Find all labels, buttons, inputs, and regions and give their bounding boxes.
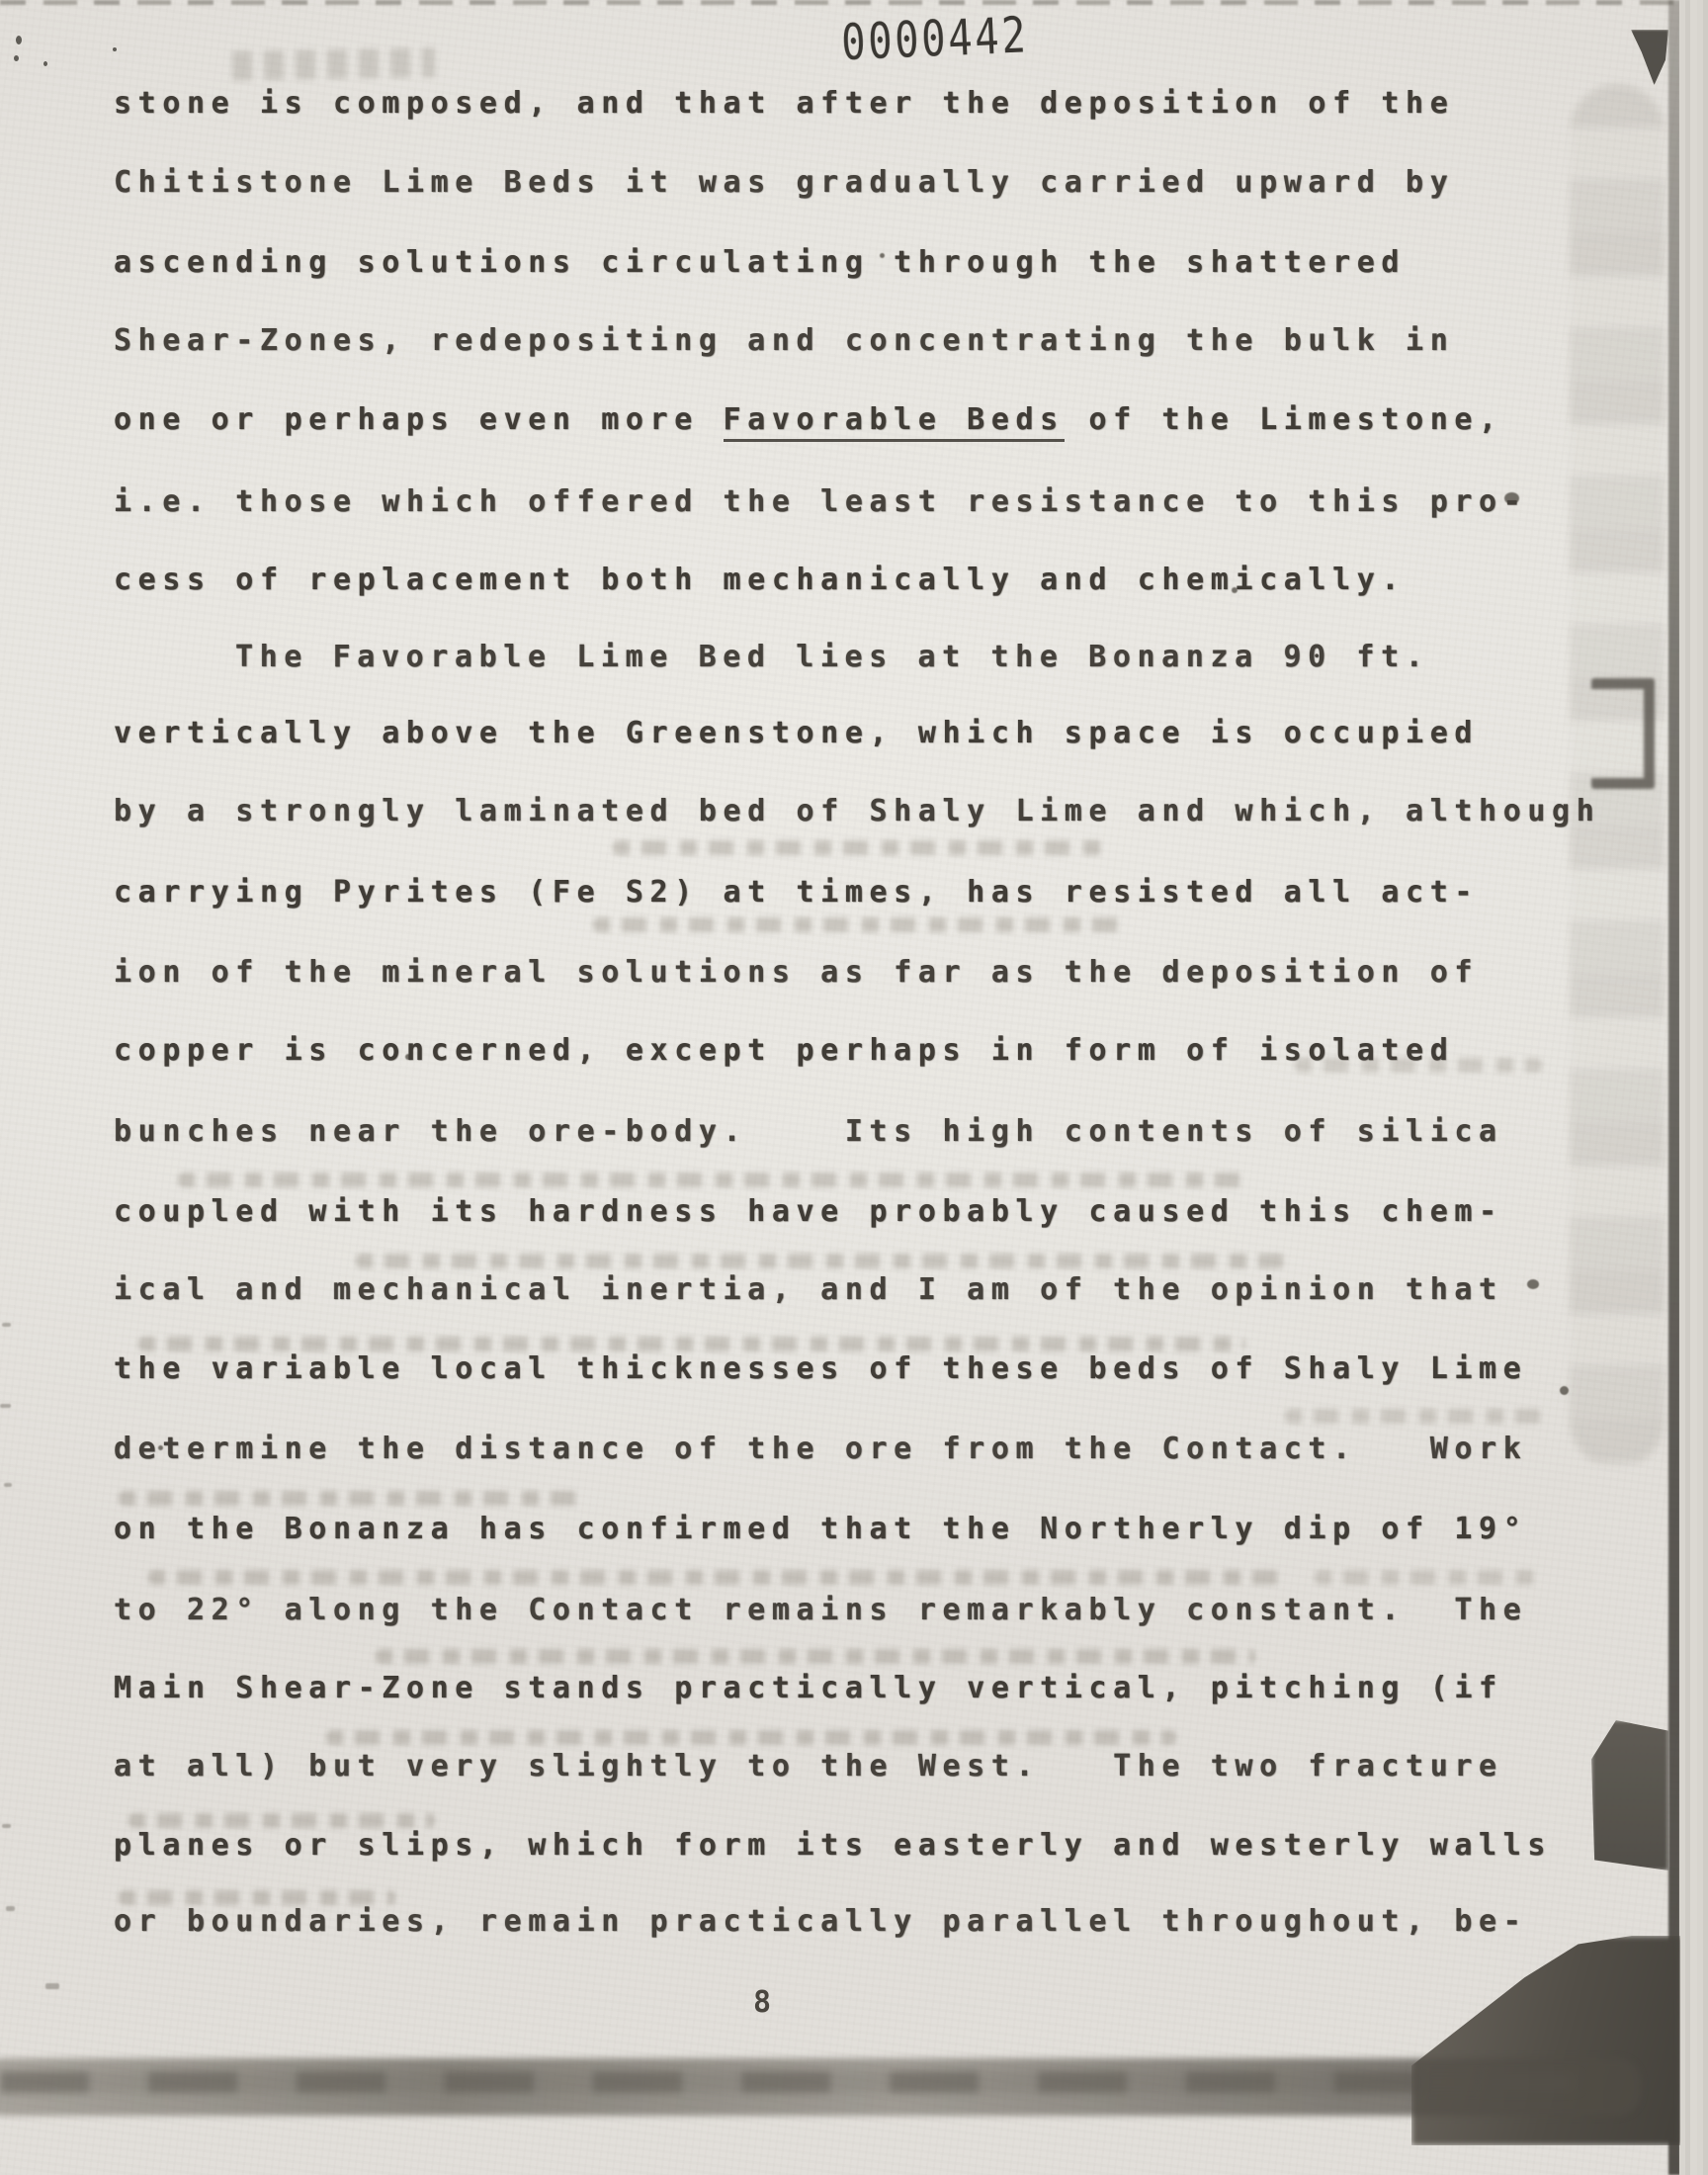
- typed-line: ion of the mineral solutions as far as t…: [114, 958, 1479, 988]
- typed-segment: of the Limestone,: [1065, 402, 1503, 437]
- underlined-phrase: Favorable Beds: [724, 402, 1065, 442]
- typed-line: coupled with its hardness have probably …: [114, 1197, 1503, 1227]
- typed-line: to 22° along the Contact remains remarka…: [114, 1596, 1527, 1625]
- typed-line: on the Bonanza has confirmed that the No…: [114, 1515, 1527, 1544]
- typed-line: cess of replacement both mechanically an…: [114, 565, 1406, 595]
- typed-line: Chitistone Lime Beds it was gradually ca…: [114, 168, 1454, 198]
- typed-line-paragraph-start: The Favorable Lime Bed lies at the Bonan…: [235, 643, 1429, 672]
- typed-line: by a strongly laminated bed of Shaly Lim…: [114, 797, 1600, 826]
- typed-line: ascending solutions circulating through …: [114, 248, 1406, 278]
- typed-line: one or perhaps even more Favorable Beds …: [114, 405, 1503, 435]
- scanned-page: 0000442 stone is composed, and that afte…: [0, 0, 1708, 2175]
- typed-line: ical and mechanical inertia, and I am of…: [114, 1275, 1503, 1305]
- typed-line: carrying Pyrites (Fe S2) at times, has r…: [114, 878, 1479, 908]
- page-number: 8: [753, 1985, 778, 2020]
- typed-line: Main Shear-Zone stands practically verti…: [114, 1674, 1503, 1703]
- typed-line: at all) but very slightly to the West. T…: [114, 1752, 1503, 1782]
- typed-segment: one or perhaps even more: [114, 402, 724, 437]
- typed-line: or boundaries, remain practically parall…: [114, 1907, 1527, 1937]
- typed-line: Shear-Zones, redepositing and concentrat…: [114, 326, 1454, 356]
- typed-line: i.e. those which offered the least resis…: [114, 487, 1527, 517]
- typed-line: vertically above the Greenstone, which s…: [114, 719, 1479, 748]
- typed-line: stone is composed, and that after the de…: [114, 89, 1454, 119]
- typewritten-text: stone is composed, and that after the de…: [0, 0, 1708, 2175]
- typed-line: planes or slips, which form its easterly…: [114, 1831, 1552, 1861]
- typed-line: copper is concerned, except perhaps in f…: [114, 1036, 1454, 1066]
- typed-line: the variable local thicknesses of these …: [114, 1354, 1527, 1384]
- typed-line: bunches near the ore-body. Its high cont…: [114, 1117, 1503, 1147]
- typed-line: determine the distance of the ore from t…: [114, 1435, 1527, 1464]
